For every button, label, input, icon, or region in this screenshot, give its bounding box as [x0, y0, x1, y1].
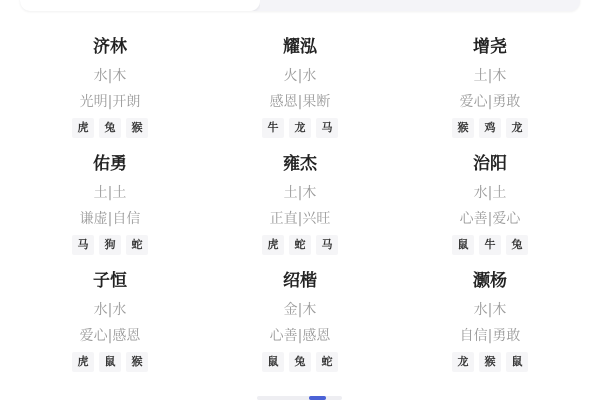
wuxing-label: 水|水 [15, 297, 205, 323]
zodiac-chip: 蛇 [289, 235, 311, 255]
zodiac-chip: 虎 [72, 352, 94, 372]
name-title: 佑勇 [15, 151, 205, 177]
meaning-label: 爱心|感恩 [15, 323, 205, 349]
zodiac-chip: 牛 [479, 235, 501, 255]
zodiac-chip: 马 [316, 235, 338, 255]
name-title: 绍楷 [205, 268, 395, 294]
zodiac-chip: 牛 [262, 118, 284, 138]
tab-inactive[interactable] [260, 0, 580, 11]
zodiac-chip: 鼠 [452, 235, 474, 255]
zodiac-chip: 龙 [506, 118, 528, 138]
zodiac-chip: 猴 [452, 118, 474, 138]
zodiac-list: 鼠 牛 兔 [395, 235, 585, 255]
zodiac-list: 鼠 兔 蛇 [205, 352, 395, 372]
zodiac-list: 虎 蛇 马 [205, 235, 395, 255]
zodiac-chip: 蛇 [316, 352, 338, 372]
tab-active[interactable] [20, 0, 260, 11]
name-grid: 济林 水|木 光明|开朗 虎 兔 猴 耀泓 火|水 感恩|果断 牛 龙 马 增尧… [15, 33, 585, 384]
zodiac-chip: 鼠 [262, 352, 284, 372]
meaning-label: 光明|开朗 [15, 89, 205, 115]
name-card[interactable]: 佑勇 土|土 谦虚|自信 马 狗 蛇 [15, 150, 205, 267]
zodiac-chip: 兔 [289, 352, 311, 372]
name-title: 灏杨 [395, 268, 585, 294]
zodiac-chip: 虎 [262, 235, 284, 255]
name-card[interactable]: 灏杨 水|木 自信|勇敢 龙 猴 鼠 [395, 267, 585, 384]
name-card[interactable]: 治阳 水|土 心善|爱心 鼠 牛 兔 [395, 150, 585, 267]
zodiac-chip: 兔 [99, 118, 121, 138]
zodiac-chip: 鸡 [479, 118, 501, 138]
meaning-label: 自信|勇敢 [395, 323, 585, 349]
name-title: 增尧 [395, 34, 585, 60]
zodiac-chip: 虎 [72, 118, 94, 138]
name-title: 耀泓 [205, 34, 395, 60]
name-card[interactable]: 绍楷 金|木 心善|感恩 鼠 兔 蛇 [205, 267, 395, 384]
wuxing-label: 水|土 [395, 180, 585, 206]
name-title: 治阳 [395, 151, 585, 177]
name-card[interactable]: 增尧 土|木 爱心|勇敢 猴 鸡 龙 [395, 33, 585, 150]
meaning-label: 爱心|勇敢 [395, 89, 585, 115]
zodiac-chip: 龙 [289, 118, 311, 138]
scroll-thumb[interactable] [309, 396, 326, 400]
zodiac-chip: 鼠 [99, 352, 121, 372]
meaning-label: 谦虚|自信 [15, 206, 205, 232]
zodiac-chip: 蛇 [126, 235, 148, 255]
zodiac-list: 虎 兔 猴 [15, 118, 205, 138]
name-card[interactable]: 耀泓 火|水 感恩|果断 牛 龙 马 [205, 33, 395, 150]
zodiac-chip: 兔 [506, 235, 528, 255]
zodiac-chip: 马 [72, 235, 94, 255]
wuxing-label: 土|木 [205, 180, 395, 206]
zodiac-list: 牛 龙 马 [205, 118, 395, 138]
meaning-label: 正直|兴旺 [205, 206, 395, 232]
meaning-label: 心善|感恩 [205, 323, 395, 349]
zodiac-chip: 猴 [126, 352, 148, 372]
zodiac-chip: 鼠 [506, 352, 528, 372]
tab-bar [20, 0, 580, 11]
zodiac-list: 猴 鸡 龙 [395, 118, 585, 138]
meaning-label: 心善|爱心 [395, 206, 585, 232]
wuxing-label: 土|土 [15, 180, 205, 206]
zodiac-chip: 猴 [479, 352, 501, 372]
name-card[interactable]: 雍杰 土|木 正直|兴旺 虎 蛇 马 [205, 150, 395, 267]
wuxing-label: 火|水 [205, 63, 395, 89]
meaning-label: 感恩|果断 [205, 89, 395, 115]
zodiac-chip: 狗 [99, 235, 121, 255]
name-card[interactable]: 济林 水|木 光明|开朗 虎 兔 猴 [15, 33, 205, 150]
zodiac-chip: 龙 [452, 352, 474, 372]
wuxing-label: 土|木 [395, 63, 585, 89]
scroll-indicator[interactable] [257, 396, 342, 400]
name-title: 子恒 [15, 268, 205, 294]
wuxing-label: 金|木 [205, 297, 395, 323]
zodiac-chip: 猴 [126, 118, 148, 138]
zodiac-chip: 马 [316, 118, 338, 138]
name-card[interactable]: 子恒 水|水 爱心|感恩 虎 鼠 猴 [15, 267, 205, 384]
zodiac-list: 马 狗 蛇 [15, 235, 205, 255]
name-title: 济林 [15, 34, 205, 60]
zodiac-list: 龙 猴 鼠 [395, 352, 585, 372]
name-title: 雍杰 [205, 151, 395, 177]
wuxing-label: 水|木 [15, 63, 205, 89]
wuxing-label: 水|木 [395, 297, 585, 323]
zodiac-list: 虎 鼠 猴 [15, 352, 205, 372]
